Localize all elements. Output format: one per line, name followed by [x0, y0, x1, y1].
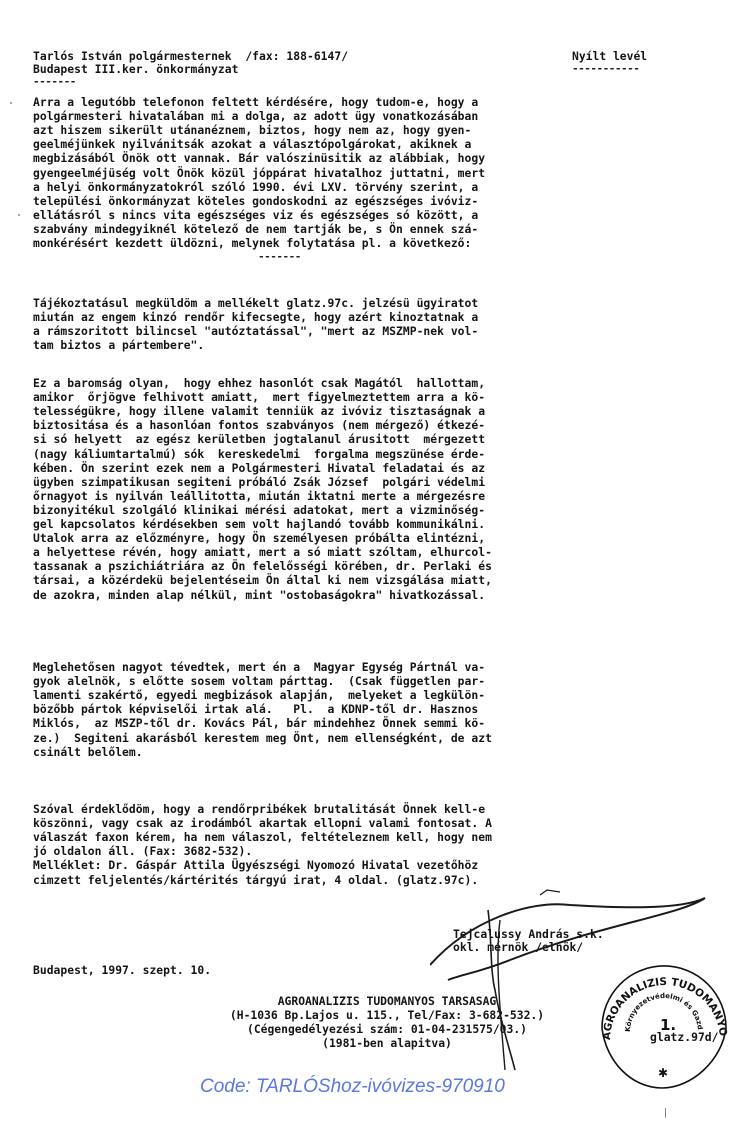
scan-speck [665, 1108, 666, 1118]
text-line: de azokra, minden alap nélkül, mint "ost… [33, 588, 485, 602]
text-line: bizonyitékul szolgáló klinikai mérési ad… [33, 503, 485, 517]
text-line: (nagy káliumtartalmú) sók kereskedelmi f… [33, 447, 485, 461]
text-line: Szóval érdeklődöm, hogy a rendőrpribékek… [33, 802, 485, 816]
text-line: biztositása és a hasonlóan fontos szabvá… [33, 418, 485, 432]
text-line: lamenti szakértő, egyedi megbizások alap… [33, 688, 485, 702]
text-line: Tájékoztatásul megküldöm a mellékelt gla… [33, 296, 478, 310]
text-line: telességükre, hogy illene valamit tenniü… [33, 404, 485, 418]
signer-name: Tejcalussy András s.k. [453, 927, 604, 941]
text-line: köszönni, vagy csak az irodámból akartak… [33, 816, 492, 830]
svg-text:1.: 1. [660, 1016, 676, 1034]
text-line: gyok alelnök, s előtte sosem voltam párt… [33, 674, 485, 688]
text-line: ügyben szimpatikusan segiteni próbáló Zs… [33, 475, 485, 489]
text-line: a rámszoritott bilincsel "autóztatással"… [33, 324, 478, 338]
text-line: a helyettese révén, hogy amiatt, mert a … [33, 545, 492, 559]
text-line: őrnagyot is nyilván leállitotta, miután … [33, 489, 485, 503]
text-line: Melléklet: Dr. Gáspár Attila Ügyészségi … [33, 858, 478, 872]
text-line: kében. Ön szerint ezek nem a Polgármeste… [33, 461, 485, 475]
doc-type-label: Nyílt levél [572, 49, 647, 63]
text-line: csinált belőlem. [33, 745, 143, 759]
org-name: AGROANALIZIS TUDOMANYOS TARSASAG [150, 994, 624, 1008]
text-line: települési önkormányzat köteles gondosko… [33, 194, 478, 208]
text-line: bözőbb pártok képviselői irtak alá. Pl. … [33, 702, 478, 716]
text-line: ze.) Segiteni akarásból kerestem meg Önt… [33, 731, 492, 745]
text-line: geelméjünkek nyilvánitsák azokat a válas… [33, 137, 471, 151]
text-line: gel kapcsolatos kérdésekben sem volt haj… [33, 517, 485, 531]
org-registration: (Cégengedélyezési szám: 01-04-231575/03.… [150, 1022, 624, 1036]
doc-type-underline: ----------- [572, 62, 639, 75]
org-founded: (1981-ben alapitva) [150, 1036, 624, 1050]
scanned-letter-page: Tarlós István polgármesternek /fax: 188-… [0, 0, 739, 1126]
text-line: ellátásról s nincs vita egészséges viz é… [33, 208, 478, 222]
org-address: (H-1036 Bp.Lajos u. 115., Tel/Fax: 3-682… [140, 1008, 634, 1022]
text-line: Utalok arra az előzményre, hogy Ön szemé… [33, 531, 485, 545]
scan-speck [10, 102, 12, 104]
addressee-line: Tarlós István polgármesternek /fax: 188-… [33, 49, 348, 63]
separator: ------- [258, 250, 301, 263]
text-line: azt hiszem sikerült utánanéznem, biztos,… [33, 123, 471, 137]
text-line: válaszát faxon kérem, ha nem válaszol, f… [33, 830, 492, 844]
text-line: társai, a közérdekü bejelentéseim Ön ált… [33, 573, 492, 587]
text-line: amikor őrjögve felhivott amiatt, mert fi… [33, 390, 485, 404]
text-line: Meglehetősen nagyot tévedtek, mert én a … [33, 660, 485, 674]
text-line: tam biztos a pártembere". [33, 338, 204, 352]
text-line: si só helyett az egész kerületben jogtal… [33, 432, 485, 446]
text-line: monkérésért kezdett üldözni, melynek fol… [33, 236, 471, 250]
signer-title: okl. mérnök /elnök/ [453, 940, 583, 954]
text-line: szabvány mindegyiknél kötelező de nem ta… [33, 222, 478, 236]
text-line: cimzett feljelentés/kártérités tárgyú ir… [33, 873, 478, 887]
text-line: jó oldalon áll. (Fax: 3682-532). [33, 844, 252, 858]
text-line: tassanak a pszichiátriára az Ön felelőss… [33, 559, 492, 573]
text-line: Arra a legutóbb telefonon feltett kérdés… [33, 95, 478, 109]
text-line: a helyi önkormányzatokról szóló 1990. év… [33, 180, 478, 194]
org-underline: ------- [33, 75, 76, 88]
svg-text:✱: ✱ [658, 1066, 668, 1080]
round-stamp: AGROANALIZIS TUDOMANYOS TÁRSASÁG Környez… [592, 950, 732, 1090]
text-line: megbizásából Önök ott vannak. Bár valósz… [33, 151, 485, 165]
text-line: polgármesteri hivatalában mi a dolga, az… [33, 109, 478, 123]
text-line: miután az engem kinzó rendőr kifecsegte,… [33, 310, 478, 324]
scan-speck [18, 214, 20, 216]
text-line: Miklós, az MSZP-től dr. Kovács Pál, bár … [33, 716, 485, 730]
place-date: Budapest, 1997. szept. 10. [33, 963, 211, 977]
text-line: gyengeelméjüség volt Önök közül jóppárat… [33, 166, 485, 180]
document-code: Code: TARLÓShoz-ivóvizes-970910 [200, 1076, 505, 1098]
text-line: Ez a baromság olyan, hogy ehhez hasonlót… [33, 376, 485, 390]
addressee-org: Budapest III.ker. önkormányzat [33, 62, 239, 76]
